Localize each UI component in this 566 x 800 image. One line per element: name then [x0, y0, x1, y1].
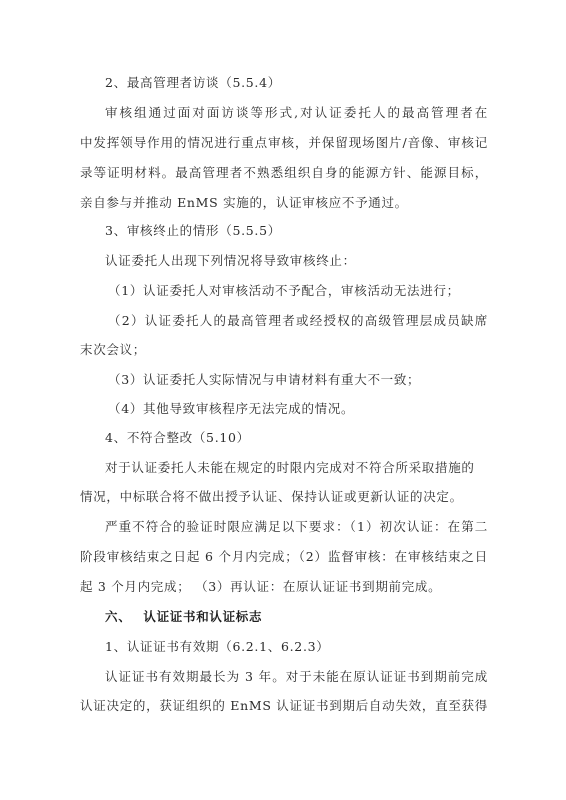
document-page: 2、最高管理者访谈（5.5.4） 审核组通过面对面访谈等形式,对认证委托人的最高…: [0, 0, 566, 800]
section-heading-certificates: 六、认证证书和认证标志: [105, 607, 262, 627]
subsection-heading-certificate-validity: 1、认证证书有效期（6.2.1、6.2.3）: [105, 637, 329, 657]
paragraph-line: 认证委托人出现下列情况将导致审核终止：: [105, 251, 356, 271]
list-item-continuation: 末次会议；: [80, 340, 146, 360]
paragraph-line: 审核组通过面对面访谈等形式,对认证委托人的最高管理者在 EnMS: [105, 103, 488, 123]
paragraph-line: 阶段审核结束之日起 6 个月内完成；（2）监督审核：在审核结束之日: [80, 547, 488, 567]
subsection-heading-top-management-interview: 2、最高管理者访谈（5.5.4）: [105, 73, 281, 93]
paragraph-line: 起 3 个月内完成； （3）再认证：在原认证证书到期前完成。: [80, 577, 441, 597]
paragraph-line: 严重不符合的验证时限应满足以下要求：（1）初次认证：在第二: [105, 517, 488, 537]
paragraph-line: 录等证明材料。最高管理者不熟悉组织自身的能源方针、能源目标，未: [80, 163, 488, 183]
paragraph-line: 亲自参与并推动 EnMS 实施的，认证审核应不予通过。: [80, 193, 408, 213]
list-item: （3）认证委托人实际情况与申请材料有重大不一致；: [108, 370, 420, 390]
paragraph-line: 对于认证委托人未能在规定的时限内完成对不符合所采取措施的: [105, 458, 475, 478]
list-item: （2）认证委托人的最高管理者或经授权的高级管理层成员缺席首、: [108, 311, 488, 331]
subsection-heading-audit-termination: 3、审核终止的情形（5.5.5）: [105, 221, 281, 241]
list-item: （4）其他导致审核程序无法完成的情况。: [108, 399, 354, 419]
section-title: 认证证书和认证标志: [143, 609, 262, 624]
paragraph-line: 情况，中标联合将不做出授予认证、保持认证或更新认证的决定。: [80, 487, 463, 507]
subsection-heading-nonconformity-correction: 4、不符合整改（5.10）: [105, 428, 250, 448]
paragraph-line: 认证决定的，获证组织的 EnMS 认证证书到期后自动失效，直至获得新: [80, 696, 488, 716]
paragraph-line: 中发挥领导作用的情况进行重点审核，并保留现场图片/音像、审核记: [80, 133, 488, 153]
list-item: （1）认证委托人对审核活动不予配合，审核活动无法进行；: [108, 281, 460, 301]
section-number: 六、: [105, 609, 131, 624]
paragraph-line: 认证证书有效期最长为 3 年。对于未能在原认证证书到期前完成再: [105, 667, 488, 687]
